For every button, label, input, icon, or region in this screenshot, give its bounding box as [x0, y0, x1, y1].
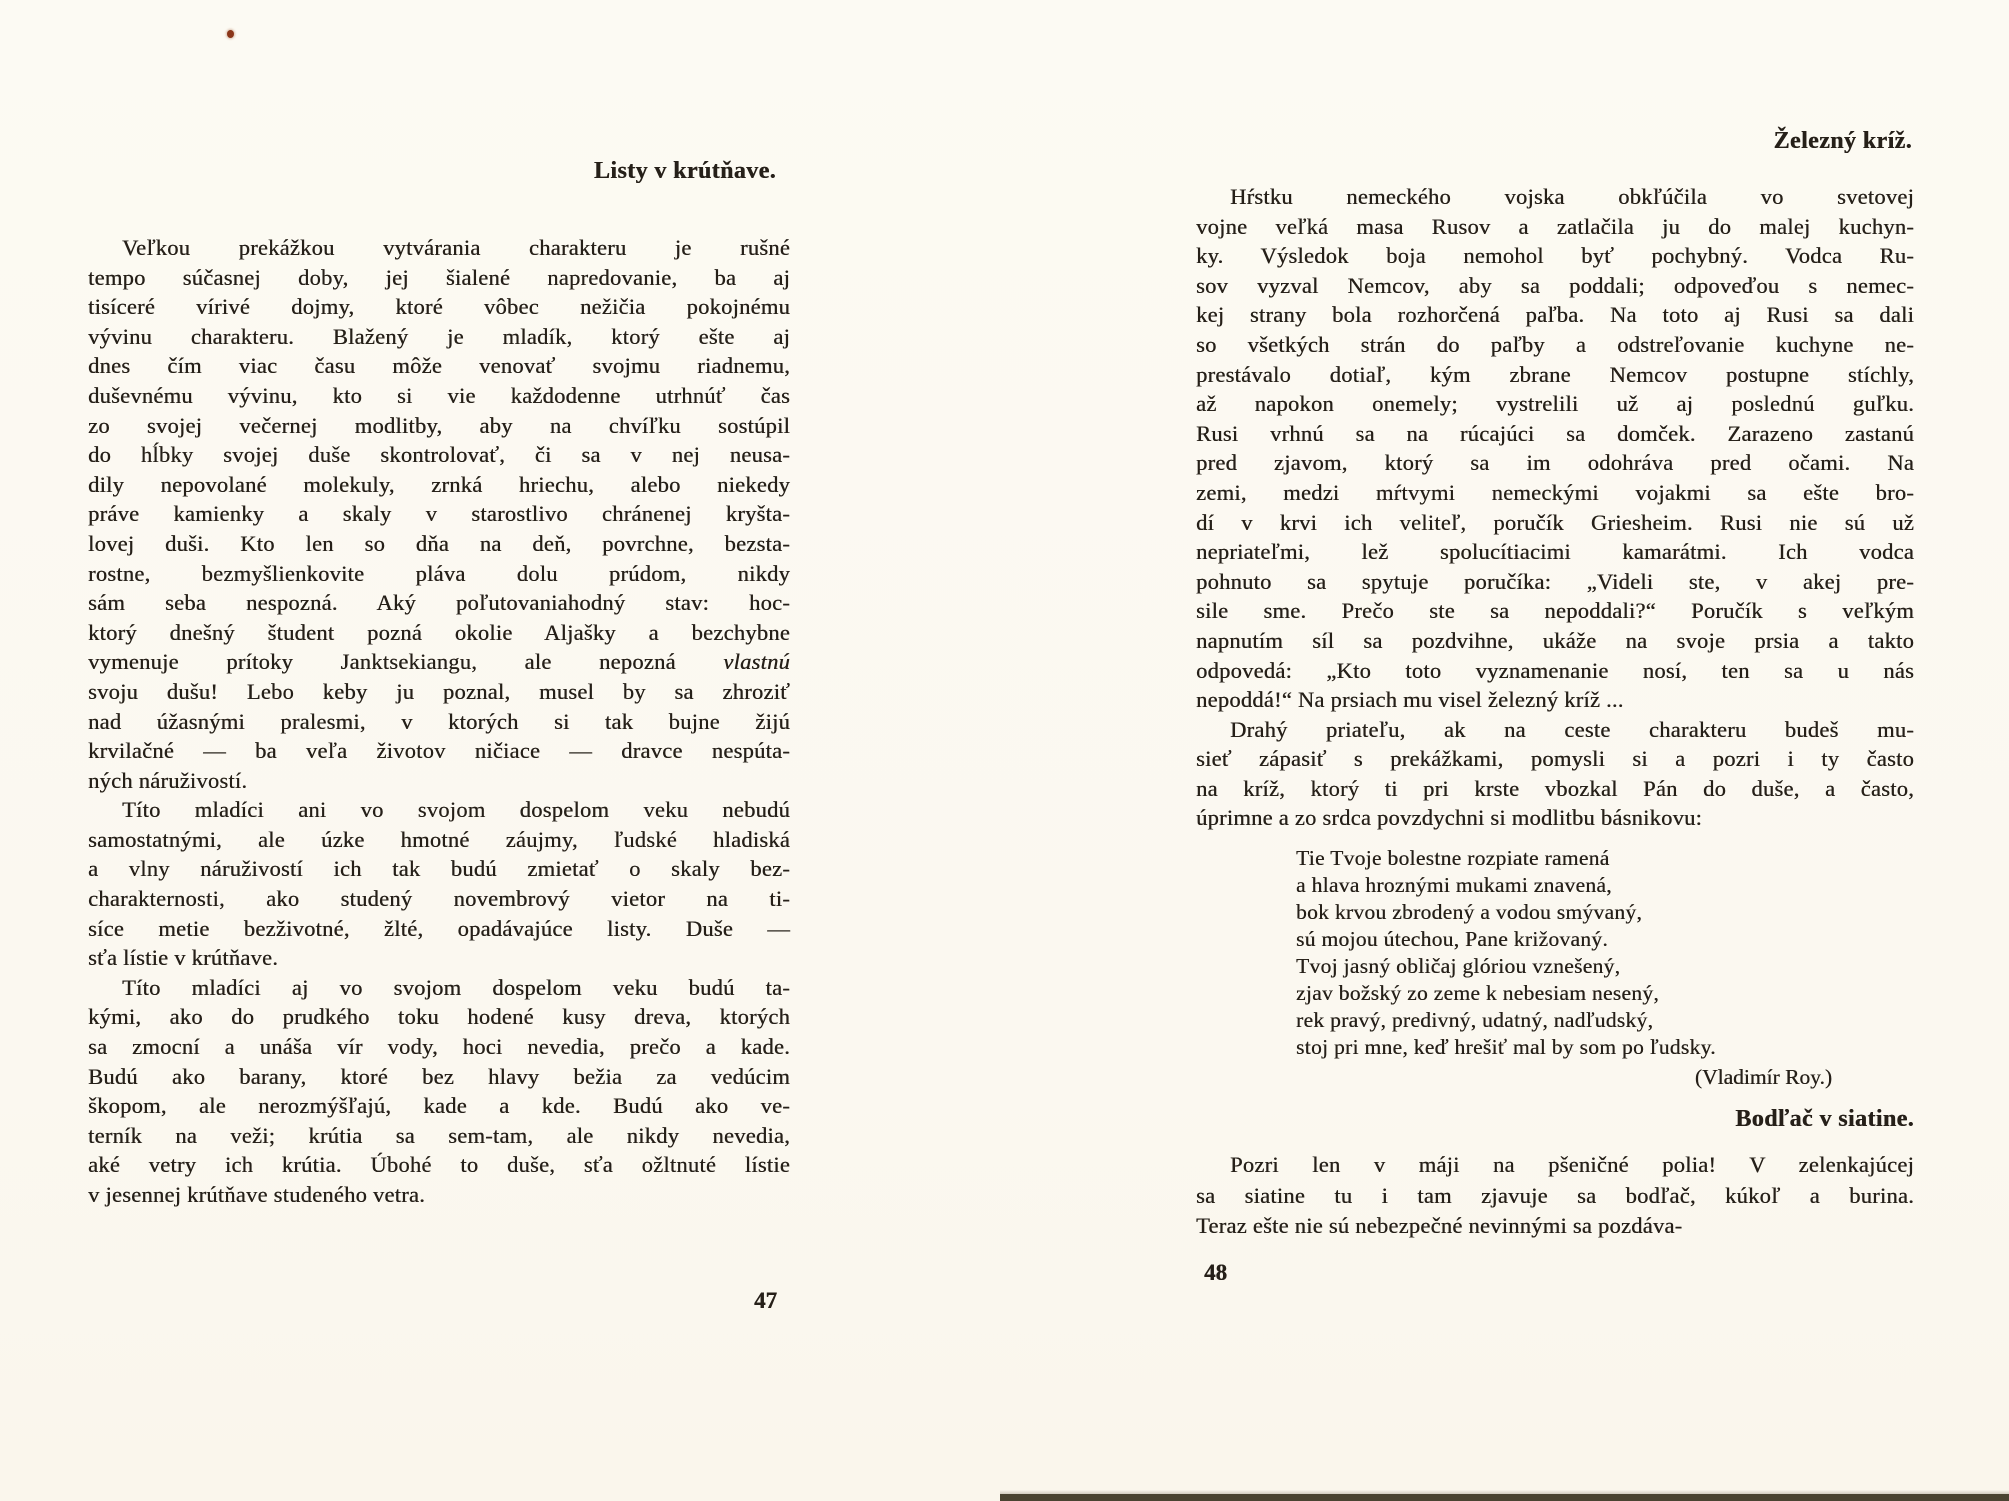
text-line: sám seba nespozná. Aký poľutovaniahodný … [88, 588, 790, 618]
text-line: vývinu charakteru. Blažený je mladík, kt… [88, 322, 790, 352]
text-segment: Teraz ešte nie sú nebezpečné nevinnými s… [1196, 1213, 1682, 1238]
text-line: svoju dušu! Lebo keby ju poznal, musel b… [88, 677, 790, 707]
text-segment: duševnému vývinu, kto si vie každodenne … [88, 383, 790, 408]
section-heading-left: Listy v krútňave. [88, 158, 790, 185]
text-line: v jesennej krútňave studeného vetra. [88, 1180, 790, 1210]
text-segment: vývinu charakteru. Blažený je mladík, kt… [88, 324, 790, 349]
text-line: prestávalo dotiaľ, kým zbrane Nemcov pos… [1196, 360, 1914, 390]
text-segment: Hŕstku nemeckého vojska obkľúčila vo sve… [1230, 184, 1914, 209]
text-line: škopom, ale nerozmýšľajú, kade a kde. Bu… [88, 1091, 790, 1121]
text-line: Teraz ešte nie sú nebezpečné nevinnými s… [1196, 1211, 1914, 1242]
text-segment: škopom, ale nerozmýšľajú, kade a kde. Bu… [88, 1093, 790, 1118]
verse-line: zjav božský zo zeme k nebesiam nesený, [1296, 980, 1914, 1007]
text-segment: do hĺbky svojej duše skontrolovať, či sa… [88, 442, 790, 467]
text-segment: so všetkých strán do paľby a odstreľovan… [1196, 332, 1914, 357]
verse-line: rek pravý, predivný, udatný, nadľudský, [1296, 1007, 1914, 1034]
text-line: do hĺbky svojej duše skontrolovať, či sa… [88, 440, 790, 470]
text-segment: vymenuje prítoky Janktsekiangu, ale nepo… [88, 649, 723, 674]
text-segment: krvilačné — ba veľa životov ničiace — dr… [88, 738, 790, 763]
book-page-spread: Listy v krútňave. Veľkou prekážkou vytvá… [0, 0, 2009, 1501]
left-page: Listy v krútňave. Veľkou prekážkou vytvá… [88, 0, 790, 1501]
text-segment: aké vetry ich krútia. Úbohé to duše, sťa… [88, 1152, 790, 1177]
text-segment: práve kamienky a skaly v starostlivo chr… [88, 501, 790, 526]
text-segment: napnutím síl sa pozdvihne, ukáže na svoj… [1196, 628, 1914, 653]
text-segment: kými, ako do prudkého toku hodené kusy d… [88, 1004, 790, 1029]
text-line: ky. Výsledok boja nemohol byť pochybný. … [1196, 241, 1914, 271]
text-segment: síce metie bezživotné, žlté, opadávajúce… [88, 916, 790, 941]
text-segment: sa siatine tu i tam zjavuje sa bodľač, k… [1196, 1183, 1914, 1208]
poem-block: Tie Tvoje bolestne rozpiate ramenáa hlav… [1196, 845, 1914, 1091]
section-heading-right: Železný kríž. [1196, 128, 1914, 155]
verse-line: a hlava hroznými mukami znavená, [1296, 872, 1914, 899]
verse-line: stoj pri mne, keď hrešiť mal by som po ľ… [1296, 1034, 1914, 1061]
text-segment: pohnuto sa spytuje poručíka: „Videli ste… [1196, 569, 1914, 594]
text-segment: pred zjavom, ktorý sa im odohráva pred o… [1196, 450, 1914, 475]
text-segment: sám seba nespozná. Aký poľutovaniahodný … [88, 590, 790, 615]
text-segment: zemi, medzi mŕtvymi nemeckými vojakmi sa… [1196, 480, 1914, 505]
text-line: práve kamienky a skaly v starostlivo chr… [88, 499, 790, 529]
text-line: krvilačné — ba veľa životov ničiace — dr… [88, 736, 790, 766]
text-line: vymenuje prítoky Janktsekiangu, ale nepo… [88, 647, 790, 677]
text-line: so všetkých strán do paľby a odstreľovan… [1196, 330, 1914, 360]
text-segment: Drahý priateľu, ak na ceste charakteru b… [1230, 717, 1914, 742]
text-line: zo svojej večernej modlitby, aby na chví… [88, 411, 790, 441]
right-page-body: Hŕstku nemeckého vojska obkľúčila vo sve… [1196, 182, 1914, 833]
text-segment: nad úžasnými pralesmi, v ktorých si tak … [88, 709, 790, 734]
text-line: sov vyzval Nemcov, aby sa poddali; odpov… [1196, 271, 1914, 301]
text-line: dnes čím viac času môže venovať svojmu r… [88, 351, 790, 381]
text-segment: sťa lístie v krútňave. [88, 945, 278, 970]
text-line: vojne veľká masa Rusov a zatlačila ju do… [1196, 212, 1914, 242]
text-segment: svoju dušu! Lebo keby ju poznal, musel b… [88, 679, 790, 704]
text-line: rostne, bezmyšlienkovite pláva dolu prúd… [88, 559, 790, 589]
text-segment: sieť zápasiť s prekážkami, pomysli si a … [1196, 746, 1914, 771]
verse-line: Tvoj jasný obličaj glóriou vznešený, [1296, 953, 1914, 980]
text-line: Hŕstku nemeckého vojska obkľúčila vo sve… [1196, 182, 1914, 212]
text-line: nepriateľmi, lež spolucítiacimi kamarátm… [1196, 537, 1914, 567]
text-segment: samostatnými, ale úzke hmotné záujmy, ľu… [88, 827, 790, 852]
poem-attribution: (Vladimír Roy.) [1296, 1064, 1914, 1091]
text-line: napnutím síl sa pozdvihne, ukáže na svoj… [1196, 626, 1914, 656]
text-line: pred zjavom, ktorý sa im odohráva pred o… [1196, 448, 1914, 478]
text-segment: Títo mladíci aj vo svojom dospelom veku … [122, 975, 790, 1000]
text-line: Rusi vrhnú sa na rúcajúci sa domček. Zar… [1196, 419, 1914, 449]
text-segment: sile sme. Prečo ste sa nepoddali?“ Poruč… [1196, 598, 1914, 623]
text-segment: odpovedá: „Kto toto vyznamenanie nosí, t… [1196, 658, 1914, 683]
text-segment: vojne veľká masa Rusov a zatlačila ju do… [1196, 214, 1914, 239]
text-line: Títo mladíci aj vo svojom dospelom veku … [88, 973, 790, 1003]
text-segment: na kríž, ktorý ti pri krste vbozkal Pán … [1196, 776, 1914, 801]
text-segment: kej strany bola rozhorčená paľba. Na tot… [1196, 302, 1914, 327]
text-segment: ktorý dnešný študent pozná okolie Aljašk… [88, 620, 790, 645]
text-line: dí v krvi ich veliteľ, poručík Griesheim… [1196, 508, 1914, 538]
text-segment: terník na veži; krútia sa sem-tam, ale n… [88, 1123, 790, 1148]
text-line: na kríž, ktorý ti pri krste vbozkal Pán … [1196, 774, 1914, 804]
text-line: ktorý dnešný študent pozná okolie Aljašk… [88, 618, 790, 648]
text-segment: prestávalo dotiaľ, kým zbrane Nemcov pos… [1196, 362, 1914, 387]
text-segment: Rusi vrhnú sa na rúcajúci sa domček. Zar… [1196, 421, 1914, 446]
text-segment: sa zmocní a unáša vír vody, hoci nevedia… [88, 1034, 790, 1059]
text-line: tisíceré vírivé dojmy, ktoré vôbec nežič… [88, 292, 790, 322]
text-line: sa siatine tu i tam zjavuje sa bodľač, k… [1196, 1181, 1914, 1212]
text-line: dily nepovolané molekuly, zrnká hriechu,… [88, 470, 790, 500]
text-segment: až napokon onemely; vystrelili už aj pos… [1196, 391, 1914, 416]
page-number-right: 48 [1204, 1260, 1227, 1286]
text-segment: Budú ako barany, ktoré bez hlavy bežia z… [88, 1064, 790, 1089]
text-line: terník na veži; krútia sa sem-tam, ale n… [88, 1121, 790, 1151]
text-line: zemi, medzi mŕtvymi nemeckými vojakmi sa… [1196, 478, 1914, 508]
text-line: nad úžasnými pralesmi, v ktorých si tak … [88, 707, 790, 737]
text-segment: charakternosti, ako studený novembrový v… [88, 886, 790, 911]
text-line: úprimne a zo srdca povzdychni si modlitb… [1196, 803, 1914, 833]
scan-edge-bar [1000, 1494, 2009, 1501]
text-segment: ných náruživostí. [88, 768, 247, 793]
text-segment: a vlny náruživostí ich tak budú zmietať … [88, 856, 790, 881]
text-segment: dnes čím viac času môže venovať svojmu r… [88, 353, 790, 378]
text-line: sile sme. Prečo ste sa nepoddali?“ Poruč… [1196, 596, 1914, 626]
text-line: duševnému vývinu, kto si vie každodenne … [88, 381, 790, 411]
text-line: Títo mladíci ani vo svojom dospelom veku… [88, 795, 790, 825]
text-segment: dily nepovolané molekuly, zrnká hriechu,… [88, 472, 790, 497]
text-line: odpovedá: „Kto toto vyznamenanie nosí, t… [1196, 656, 1914, 686]
text-line: tempo súčasnej doby, jej šialené napredo… [88, 263, 790, 293]
text-segment: Títo mladíci ani vo svojom dospelom veku… [122, 797, 790, 822]
text-segment: ky. Výsledok boja nemohol byť pochybný. … [1196, 243, 1914, 268]
text-line: pohnuto sa spytuje poručíka: „Videli ste… [1196, 567, 1914, 597]
text-line: Pozri len v máji na pšeničné polia! V ze… [1196, 1150, 1914, 1181]
text-line: kými, ako do prudkého toku hodené kusy d… [88, 1002, 790, 1032]
text-line: nepoddá!“ Na prsiach mu visel železný kr… [1196, 685, 1914, 715]
text-segment: zo svojej večernej modlitby, aby na chví… [88, 413, 790, 438]
text-line: sieť zápasiť s prekážkami, pomysli si a … [1196, 744, 1914, 774]
right-page: Železný kríž. Hŕstku nemeckého vojska ob… [1196, 0, 1914, 1501]
right-page-body-2: Pozri len v máji na pšeničné polia! V ze… [1196, 1150, 1914, 1242]
text-segment: lovej duši. Kto len so dňa na deň, povrc… [88, 531, 790, 556]
text-segment: úprimne a zo srdca povzdychni si modlitb… [1196, 805, 1702, 830]
text-line: Veľkou prekážkou vytvárania charakteru j… [88, 233, 790, 263]
text-segment: Veľkou prekážkou vytvárania charakteru j… [122, 235, 790, 260]
text-line: až napokon onemely; vystrelili už aj pos… [1196, 389, 1914, 419]
poem-lines: Tie Tvoje bolestne rozpiate ramenáa hlav… [1296, 845, 1914, 1061]
text-segment: nepoddá!“ Na prsiach mu visel železný kr… [1196, 687, 1624, 712]
text-segment: tempo súčasnej doby, jej šialené napredo… [88, 265, 790, 290]
text-line: samostatnými, ale úzke hmotné záujmy, ľu… [88, 825, 790, 855]
text-line: sťa lístie v krútňave. [88, 943, 790, 973]
verse-line: sú mojou útechou, Pane križovaný. [1296, 926, 1914, 953]
text-segment: rostne, bezmyšlienkovite pláva dolu prúd… [88, 561, 790, 586]
text-segment: dí v krvi ich veliteľ, poručík Griesheim… [1196, 510, 1914, 535]
italic-text: vlastnú [723, 649, 790, 674]
left-page-body: Veľkou prekážkou vytvárania charakteru j… [88, 233, 790, 1210]
text-line: síce metie bezživotné, žlté, opadávajúce… [88, 914, 790, 944]
page-number-left: 47 [754, 1288, 777, 1314]
text-line: Budú ako barany, ktoré bez hlavy bežia z… [88, 1062, 790, 1092]
text-line: aké vetry ich krútia. Úbohé to duše, sťa… [88, 1150, 790, 1180]
text-line: lovej duši. Kto len so dňa na deň, povrc… [88, 529, 790, 559]
text-line: sa zmocní a unáša vír vody, hoci nevedia… [88, 1032, 790, 1062]
text-line: Drahý priateľu, ak na ceste charakteru b… [1196, 715, 1914, 745]
verse-line: Tie Tvoje bolestne rozpiate ramená [1296, 845, 1914, 872]
verse-line: bok krvou zbrodený a vodou smývaný, [1296, 899, 1914, 926]
text-segment: v jesennej krútňave studeného vetra. [88, 1182, 425, 1207]
text-segment: tisíceré vírivé dojmy, ktoré vôbec nežič… [88, 294, 790, 319]
text-line: ných náruživostí. [88, 766, 790, 796]
text-line: charakternosti, ako studený novembrový v… [88, 884, 790, 914]
text-segment: sov vyzval Nemcov, aby sa poddali; odpov… [1196, 273, 1914, 298]
text-line: kej strany bola rozhorčená paľba. Na tot… [1196, 300, 1914, 330]
text-segment: nepriateľmi, lež spolucítiacimi kamarátm… [1196, 539, 1914, 564]
text-line: a vlny náruživostí ich tak budú zmietať … [88, 854, 790, 884]
text-segment: Pozri len v máji na pšeničné polia! V ze… [1230, 1152, 1914, 1177]
section-heading-bodlac: Bodľač v siatine. [1196, 1106, 1914, 1133]
